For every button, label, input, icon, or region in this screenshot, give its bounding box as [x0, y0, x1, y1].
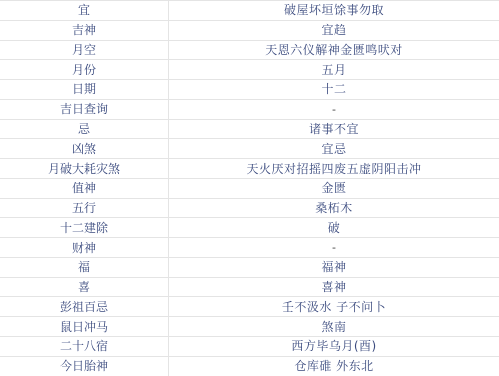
table-row: 月空天恩六仪解神金匮鸣吠对 [0, 40, 499, 60]
row-label: 吉神 [0, 20, 169, 40]
row-value: 壬不汲水 子不问卜 [169, 297, 499, 317]
almanac-table-body: 宜破屋坏垣馀事勿取吉神宜趋月空天恩六仪解神金匮鸣吠对月份五月日期十二吉日查询-忌… [0, 1, 499, 376]
row-value: 十二 [169, 80, 499, 100]
row-label: 福 [0, 257, 169, 277]
row-value: 桑柘木 [169, 198, 499, 218]
row-value: 仓库碓 外东北 [169, 356, 499, 376]
row-value: 金匮 [169, 178, 499, 198]
row-label: 吉日查询 [0, 99, 169, 119]
row-value: - [169, 99, 499, 119]
row-label: 喜 [0, 277, 169, 297]
row-label: 月份 [0, 60, 169, 80]
table-row: 二十八宿西方毕乌月(酉) [0, 337, 499, 357]
row-label: 今日胎神 [0, 356, 169, 376]
table-row: 财神- [0, 238, 499, 258]
table-row: 吉神宜趋 [0, 20, 499, 40]
row-label: 宜 [0, 1, 169, 21]
table-row: 今日胎神仓库碓 外东北 [0, 356, 499, 376]
row-label: 忌 [0, 119, 169, 139]
table-row: 值神金匮 [0, 178, 499, 198]
row-value: 破屋坏垣馀事勿取 [169, 1, 499, 21]
table-row: 十二建除破 [0, 218, 499, 238]
row-value: 喜神 [169, 277, 499, 297]
row-label: 凶煞 [0, 139, 169, 159]
row-label: 五行 [0, 198, 169, 218]
table-row: 鼠日冲马煞南 [0, 317, 499, 337]
row-label: 值神 [0, 178, 169, 198]
row-label: 二十八宿 [0, 337, 169, 357]
table-row: 喜喜神 [0, 277, 499, 297]
row-label: 月空 [0, 40, 169, 60]
table-row: 日期十二 [0, 80, 499, 100]
row-value: 福神 [169, 257, 499, 277]
row-value: 五月 [169, 60, 499, 80]
table-row: 五行桑柘木 [0, 198, 499, 218]
row-value: 宜忌 [169, 139, 499, 159]
row-value: 天恩六仪解神金匮鸣吠对 [169, 40, 499, 60]
row-label: 鼠日冲马 [0, 317, 169, 337]
row-label: 十二建除 [0, 218, 169, 238]
row-value: 宜趋 [169, 20, 499, 40]
row-value: 天火厌对招摇四废五虚阴阳击冲 [169, 159, 499, 179]
table-row: 凶煞宜忌 [0, 139, 499, 159]
table-row: 忌诸事不宜 [0, 119, 499, 139]
row-value: 煞南 [169, 317, 499, 337]
row-value: 西方毕乌月(酉) [169, 337, 499, 357]
row-value: 破 [169, 218, 499, 238]
row-label: 彭祖百忌 [0, 297, 169, 317]
table-row: 月破大耗灾煞天火厌对招摇四废五虚阴阳击冲 [0, 159, 499, 179]
row-label: 财神 [0, 238, 169, 258]
row-value: - [169, 238, 499, 258]
table-row: 福福神 [0, 257, 499, 277]
row-label: 月破大耗灾煞 [0, 159, 169, 179]
table-row: 吉日查询- [0, 99, 499, 119]
row-value: 诸事不宜 [169, 119, 499, 139]
table-row: 彭祖百忌壬不汲水 子不问卜 [0, 297, 499, 317]
table-row: 宜破屋坏垣馀事勿取 [0, 1, 499, 21]
row-label: 日期 [0, 80, 169, 100]
table-row: 月份五月 [0, 60, 499, 80]
almanac-table: 宜破屋坏垣馀事勿取吉神宜趋月空天恩六仪解神金匮鸣吠对月份五月日期十二吉日查询-忌… [0, 0, 499, 376]
